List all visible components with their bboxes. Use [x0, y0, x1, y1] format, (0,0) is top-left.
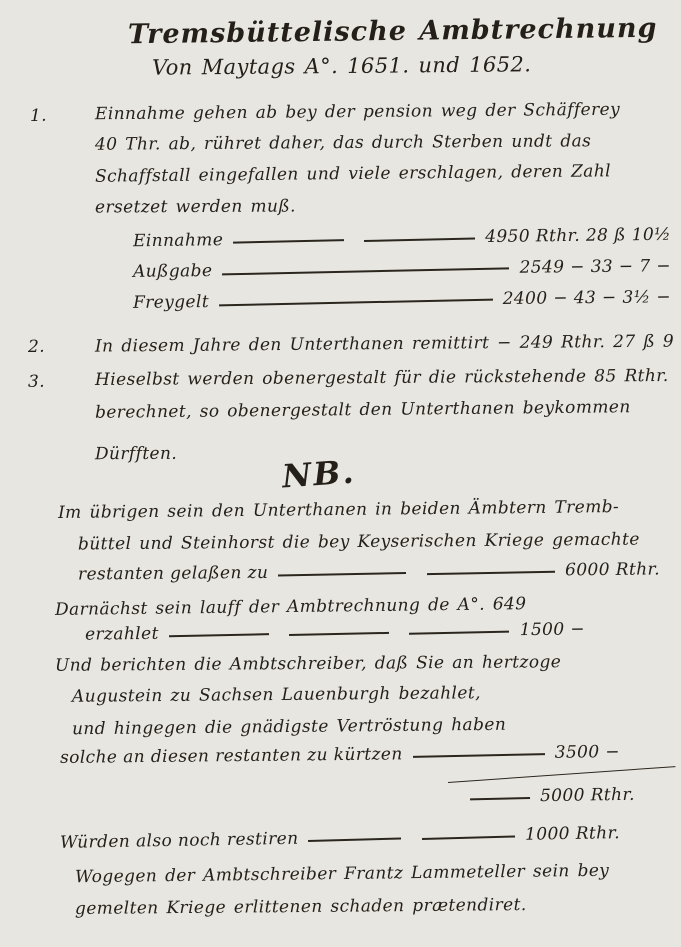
nb-para-amount: 6000 Rthr.: [565, 559, 660, 580]
para-lauenburg-amount-row: solche an diesen restanten zu kürtzen 35…: [60, 742, 620, 768]
sum-row: 5000 Rthr.: [460, 785, 640, 808]
dash-rule: [364, 238, 475, 243]
para-lauenburg-line-2: Augustein zu Sachsen Lauenburgh bezahlet…: [72, 683, 481, 707]
account-amount: 2549 − 33 − 7 −: [519, 256, 671, 278]
nb-para-line-3: restanten gelaßen zu: [78, 563, 268, 585]
para-649-amount-row: erzahlet 1500 −: [85, 619, 585, 644]
account-row-freygelt: Freygelt 2400 − 43 − 3½ −: [133, 287, 671, 313]
account-amount: 2400 − 43 − 3½ −: [503, 287, 672, 309]
page-subtitle: Von Maytags A°. 1651. und 1652.: [152, 52, 532, 79]
account-label: Einnahme: [133, 230, 223, 251]
account-label: Freygelt: [133, 292, 209, 313]
para-649-amount: 1500 −: [520, 619, 586, 640]
rest-amount: 1000 Rthr.: [525, 823, 620, 845]
item-1-line-4: ersetzet werden muß.: [95, 196, 296, 217]
item-3-number: 3.: [28, 372, 45, 392]
para-lauenburg-line-1: Und berichten die Ambtschreiber, daß Sie…: [55, 652, 561, 676]
para-lauenburg-line-4: solche an diesen restanten zu kürtzen: [60, 744, 403, 768]
dash-rule: [409, 631, 509, 635]
item-2-number: 2.: [28, 337, 45, 357]
dash-rule: [413, 753, 545, 758]
item-3-line-1: Hieselbst werden obenergestalt für die r…: [95, 366, 669, 390]
dash-rule: [427, 571, 555, 575]
sum-amount: 5000 Rthr.: [540, 785, 635, 806]
final-line-1: Wogegen der Ambtschreiber Frantz Lammete…: [75, 861, 609, 888]
item-3-line-3: Dürfften.: [95, 444, 177, 464]
para-649-line-1: Darnächst sein lauff der Ambtrechnung de…: [55, 594, 527, 620]
para-lauenburg-amount: 3500 −: [555, 742, 621, 763]
dash-rule: [308, 837, 401, 842]
rest-row: Würden also noch restiren 1000 Rthr.: [60, 823, 620, 853]
account-row-einnahme: Einnahme 4950 Rthr. 28 ß 10½: [133, 225, 671, 252]
dash-rule: [289, 632, 389, 636]
final-line-2: gemelten Kriege erlittenen schaden præte…: [75, 895, 527, 919]
nota-bene: NB.: [281, 452, 357, 495]
item-2-line-1: In diesem Jahre den Unterthanen remittir…: [95, 331, 681, 356]
account-amount: 4950 Rthr. 28 ß 10½: [485, 225, 671, 247]
account-row-aussgabe: Außgabe 2549 − 33 − 7 −: [133, 256, 671, 282]
dash-rule: [278, 572, 406, 576]
dash-rule: [219, 299, 493, 307]
item-1-line-1: Einnahme gehen ab bey der pension weg de…: [95, 100, 620, 125]
para-649-line-2: erzahlet: [85, 624, 159, 645]
item-1-line-3: Schaffstall eingefallen und viele erschl…: [95, 161, 611, 186]
dash-rule: [422, 835, 515, 840]
item-1-line-2: 40 Thr. ab, rühret daher, das durch Ster…: [95, 131, 591, 154]
account-label: Außgabe: [133, 261, 213, 282]
para-lauenburg-line-3: und hingegen die gnädigste Vertröstung h…: [72, 715, 506, 740]
page-title: Tremsbüttelische Ambtrechnung: [128, 13, 658, 50]
item-3-line-2: berechnet, so obenergestalt den Untertha…: [95, 397, 631, 423]
nb-para-amount-row: restanten gelaßen zu 6000 Rthr.: [78, 559, 660, 584]
rest-label: Würden also noch restiren: [60, 829, 299, 853]
dash-rule: [470, 797, 530, 800]
nb-para-line-2: büttel und Steinhorst die bey Keyserisch…: [78, 530, 640, 555]
dash-rule: [233, 239, 344, 244]
item-1-number: 1.: [30, 106, 47, 126]
dash-rule: [222, 267, 509, 275]
manuscript-page: Tremsbüttelische Ambtrechnung Von Maytag…: [0, 0, 681, 947]
sum-rule: [448, 766, 676, 783]
dash-rule: [169, 633, 269, 637]
nb-para-line-1: Im übrigen sein den Unterthanen in beide…: [58, 497, 619, 523]
